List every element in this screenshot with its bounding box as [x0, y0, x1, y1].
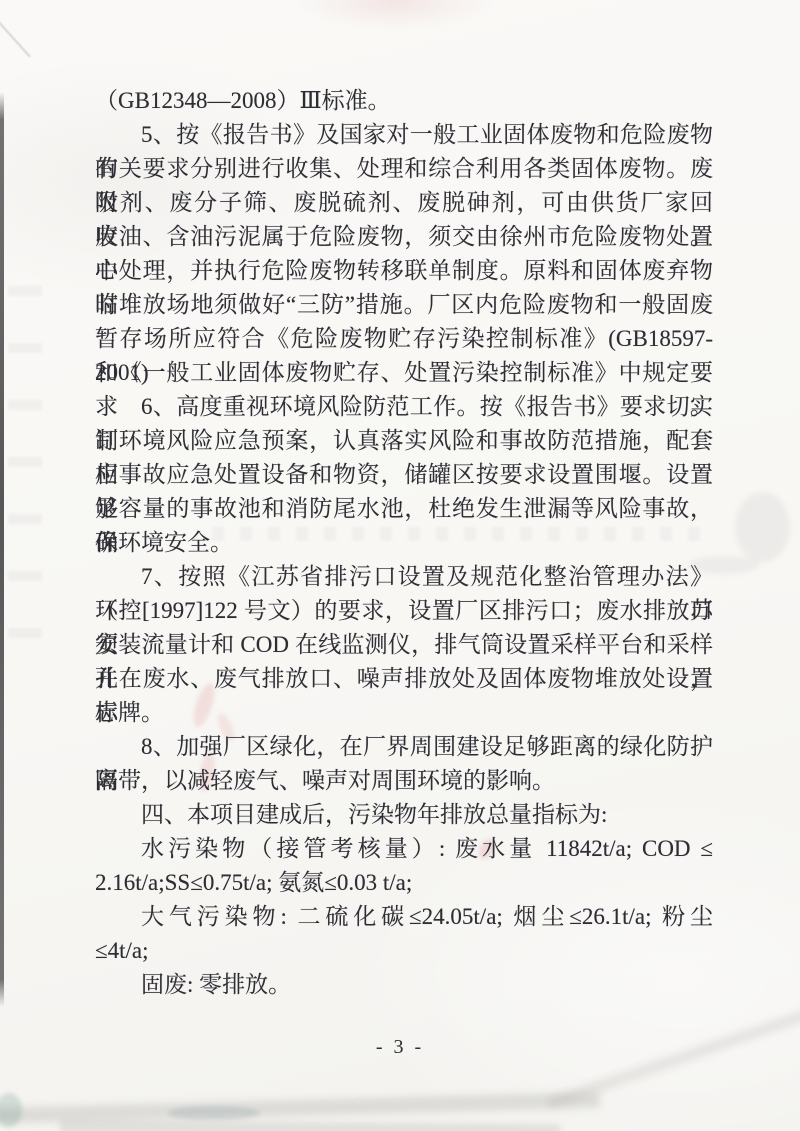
text-line: 志牌。 — [95, 696, 713, 730]
text-line: 应事故应急处置设备和物资，储罐区按要求设置围堰。设置足 — [95, 458, 713, 492]
text-line: 5、按《报告书》及国家对一般工业固体废物和危险废物的 — [95, 118, 713, 152]
text-line: 保环境安全。 — [95, 526, 713, 560]
scanned-document-page: （GB12348—2008）Ⅲ标准。 5、按《报告书》及国家对一般工业固体废物和… — [0, 0, 800, 1131]
backside-text-bleed — [8, 286, 42, 676]
document-text-block: （GB12348—2008）Ⅲ标准。 5、按《报告书》及国家对一般工业固体废物和… — [95, 84, 713, 1002]
text-line: 够容量的事故池和消防尾水池，杜绝发生泄漏等风险事故，确 — [95, 492, 713, 526]
text-line: （GB12348—2008）Ⅲ标准。 — [95, 84, 713, 118]
paper-fold-line — [0, 20, 31, 57]
text-line: 暂存场所应符合《危险废物贮存污染控制标准》(GB18597-2001) — [95, 322, 713, 356]
text-line: 四、本项目建成后，污染物年排放总量指标为: — [95, 798, 713, 832]
page-number: - 3 - — [0, 1036, 800, 1059]
text-line: 有关要求分别进行收集、处理和综合利用各类固体废物。废吸 — [95, 152, 713, 186]
text-line: 固废: 零排放。 — [95, 968, 713, 1002]
text-line: 安装流量计和 COD 在线监测仪，排气筒设置采样平台和采样孔， — [95, 628, 713, 662]
text-line: 附剂、废分子筛、废脱硫剂、废脱砷剂，可由供货厂家回收。 — [95, 186, 713, 220]
text-line: 7、按照《江苏省排污口设置及规范化整治管理办法》（苏 — [95, 560, 713, 594]
text-line: 环控[1997]122 号文）的要求，设置厂区排污口；废水排放口须 — [95, 594, 713, 628]
paper-bottom-shadow — [60, 1120, 560, 1131]
text-line: 订环境风险应急预案，认真落实风险和事故防范措施，配套相 — [95, 424, 713, 458]
text-line: 废油、含油污泥属于危险废物，须交由徐州市危险废物处置中 — [95, 220, 713, 254]
text-line: 并在废水、废气排放口、噪声排放处及固体废物堆放处设置标 — [95, 662, 713, 696]
text-line: 8、加强厂区绿化，在厂界周围建设足够距离的绿化防护隔 — [95, 730, 713, 764]
text-line: 离带，以减轻废气、噪声对周围环境的影响。 — [95, 764, 713, 798]
text-line: 时堆放场地须做好“三防”措施。厂区内危险废物和一般固废 — [95, 288, 713, 322]
backside-text-bleed — [735, 492, 790, 562]
scan-left-edge-shadow — [0, 92, 4, 1007]
text-line: 心处理，并执行危险废物转移联单制度。原料和固体废弃物临 — [95, 254, 713, 288]
scan-bottom-mark — [168, 1106, 260, 1120]
text-line: 大气污染物: 二硫化碳≤24.05t/a; 烟尘≤26.1t/a; 粉尘 — [95, 900, 713, 934]
text-line: 和《一般工业固体废物贮存、处置污染控制标准》中规定要求。 — [95, 356, 713, 390]
text-line: 2.16t/a;SS≤0.75t/a; 氨氮≤0.03 t/a; — [95, 866, 713, 900]
text-line: 6、高度重视环境风险防范工作。按《报告书》要求切实制 — [95, 390, 713, 424]
text-line: ≤4t/a; — [95, 934, 713, 968]
text-line: 水污染物（接管考核量）: 废水量 11842t/a; COD ≤ — [95, 832, 713, 866]
